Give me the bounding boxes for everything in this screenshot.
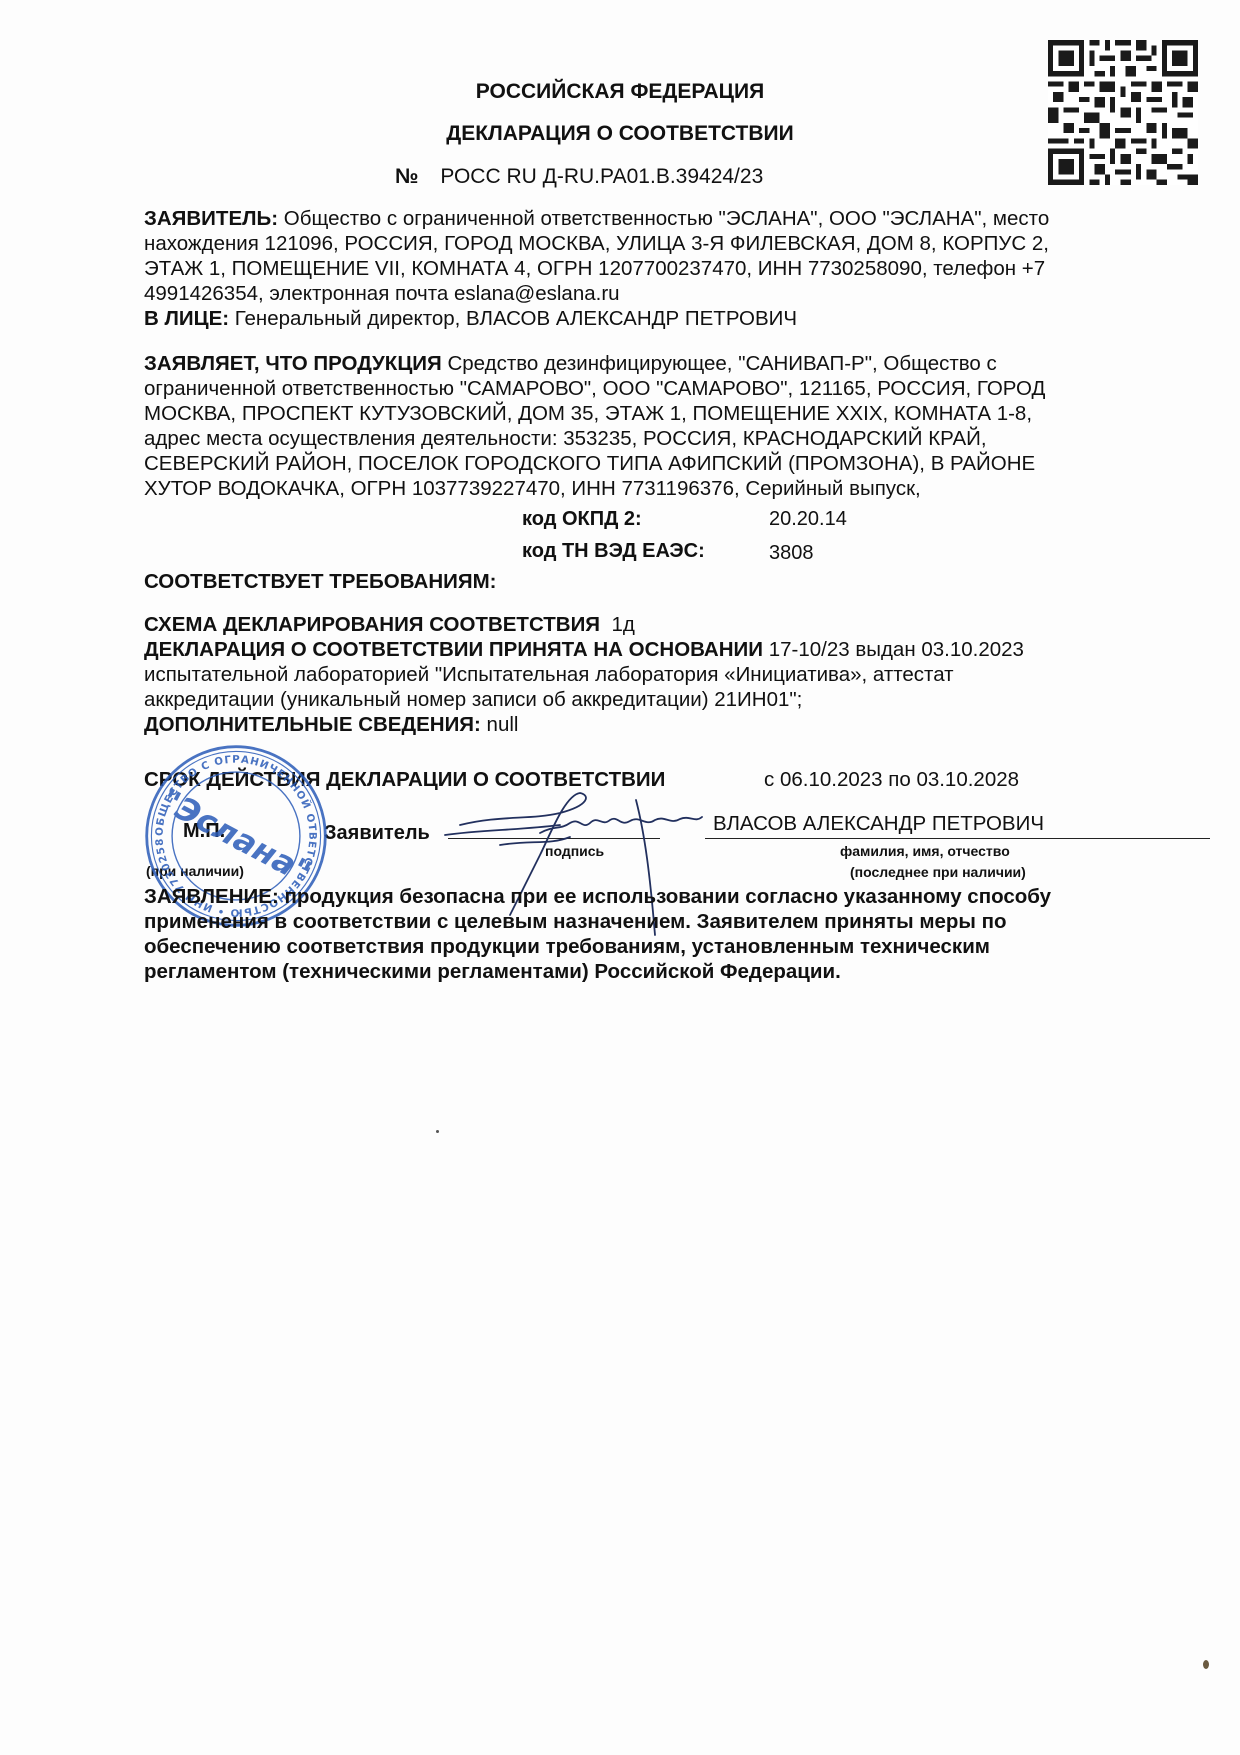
okpd-code-value: 20.20.14 bbox=[769, 508, 847, 531]
applicant-signature-label: Заявитель bbox=[324, 822, 430, 845]
qr-code-icon bbox=[1048, 40, 1198, 185]
basis-label: ДЕКЛАРАЦИЯ О СООТВЕТСТВИИ ПРИНЯТА НА ОСН… bbox=[144, 638, 763, 661]
scan-speck bbox=[1203, 1660, 1209, 1669]
name-caption-2: (последнее при наличии) bbox=[850, 864, 1026, 880]
statement-line: обеспечению соответствия продукции требо… bbox=[144, 934, 1174, 959]
scheme-label: СХЕМА ДЕКЛАРИРОВАНИЯ СООТВЕТСТВИЯ bbox=[144, 613, 600, 636]
applicant-line: Общество с ограниченной ответственностью… bbox=[278, 207, 1049, 230]
scan-speck bbox=[436, 1130, 439, 1133]
statement-line: применения в соответствии с целевым назн… bbox=[144, 909, 1174, 934]
name-caption-1: фамилия, имя, отчество bbox=[840, 843, 1010, 859]
product-label: ЗАЯВЛЯЕТ, ЧТО ПРОДУКЦИЯ bbox=[144, 352, 442, 375]
okpd-label-text: код ОКПД 2: bbox=[522, 508, 642, 530]
name-line bbox=[705, 838, 1210, 839]
declaration-number: №РОСС RU Д-RU.РА01.В.39424/23 bbox=[395, 165, 763, 189]
extra-info-label: ДОПОЛНИТЕЛЬНЫЕ СВЕДЕНИЯ: bbox=[144, 713, 481, 736]
basis-line: аккредитации (уникальный номер записи об… bbox=[144, 687, 1174, 712]
scheme-value: 1д bbox=[611, 613, 634, 636]
product-line: адрес места осуществления деятельности: … bbox=[144, 426, 1174, 451]
tnved-code-label: код ТН ВЭД ЕАЭС: bbox=[522, 540, 705, 563]
applicant-section: ЗАЯВИТЕЛЬ: Общество с ограниченной ответ… bbox=[144, 206, 1174, 331]
applicant-line: 4991426354, электронная почта eslana@esl… bbox=[144, 281, 1174, 306]
product-line: Средство дезинфицирующее, "САНИВАП-Р", О… bbox=[442, 352, 997, 375]
stamp-center-text: "Эслана" bbox=[154, 781, 317, 892]
signatory-full-name: ВЛАСОВ АЛЕКСАНДР ПЕТРОВИЧ bbox=[713, 812, 1044, 836]
product-line: СЕВЕРСКИЙ РАЙОН, ПОСЕЛОК ГОРОДСКОГО ТИПА… bbox=[144, 451, 1174, 476]
statement-section: ЗАЯВЛЕНИЕ: продукция безопасна при ее ис… bbox=[144, 884, 1174, 984]
applicant-line: ЭТАЖ 1, ПОМЕЩЕНИЕ VII, КОМНАТА 4, ОГРН 1… bbox=[144, 256, 1174, 281]
number-sign: № bbox=[395, 165, 418, 188]
product-section: ЗАЯВЛЯЕТ, ЧТО ПРОДУКЦИЯ Средство дезинфи… bbox=[144, 351, 1174, 501]
statement-line: регламентом (техническими регламентами) … bbox=[144, 959, 1174, 984]
tnved-label-text: код ТН ВЭД ЕАЭС: bbox=[522, 540, 705, 562]
extra-info-value: null bbox=[481, 713, 519, 736]
applicant-line: нахождения 121096, РОССИЯ, ГОРОД МОСКВА,… bbox=[144, 231, 1174, 256]
product-line: МОСКВА, ПРОСПЕКТ КУТУЗОВСКИЙ, ДОМ 35, ЭТ… bbox=[144, 401, 1174, 426]
conformity-section: СХЕМА ДЕКЛАРИРОВАНИЯ СООТВЕТСТВИЯ 1д ДЕК… bbox=[144, 612, 1174, 737]
product-line: ограниченной ответственностью "САМАРОВО"… bbox=[144, 376, 1174, 401]
okpd-code-label: код ОКПД 2: bbox=[522, 508, 642, 531]
basis-line: 17-10/23 выдан 03.10.2023 bbox=[763, 638, 1024, 661]
represented-by-label: В ЛИЦЕ: bbox=[144, 307, 229, 330]
requirements-label: СООТВЕТСТВУЕТ ТРЕБОВАНИЯМ: bbox=[144, 570, 497, 594]
product-line: ХУТОР ВОДОКАЧКА, ОГРН 1037739227470, ИНН… bbox=[144, 476, 1174, 501]
statement-label: ЗАЯВЛЕНИЕ: bbox=[144, 885, 279, 908]
represented-by-value: Генеральный директор, ВЛАСОВ АЛЕКСАНДР П… bbox=[229, 307, 797, 330]
validity-value: с 06.10.2023 по 03.10.2028 bbox=[764, 768, 1019, 792]
tnved-code-value: 3808 bbox=[769, 542, 814, 565]
declaration-page: РОССИЙСКАЯ ФЕДЕРАЦИЯ ДЕКЛАРАЦИЯ О СООТВЕ… bbox=[0, 0, 1240, 1755]
statement-line: продукция безопасна при ее использовании… bbox=[279, 885, 1051, 908]
basis-line: испытательной лабораторией "Испытательна… bbox=[144, 662, 1174, 687]
country-title: РОССИЙСКАЯ ФЕДЕРАЦИЯ bbox=[0, 80, 1240, 104]
applicant-label: ЗАЯВИТЕЛЬ: bbox=[144, 207, 278, 230]
document-title: ДЕКЛАРАЦИЯ О СООТВЕТСТВИИ bbox=[0, 122, 1240, 146]
declaration-number-value: РОСС RU Д-RU.РА01.В.39424/23 bbox=[440, 165, 763, 188]
